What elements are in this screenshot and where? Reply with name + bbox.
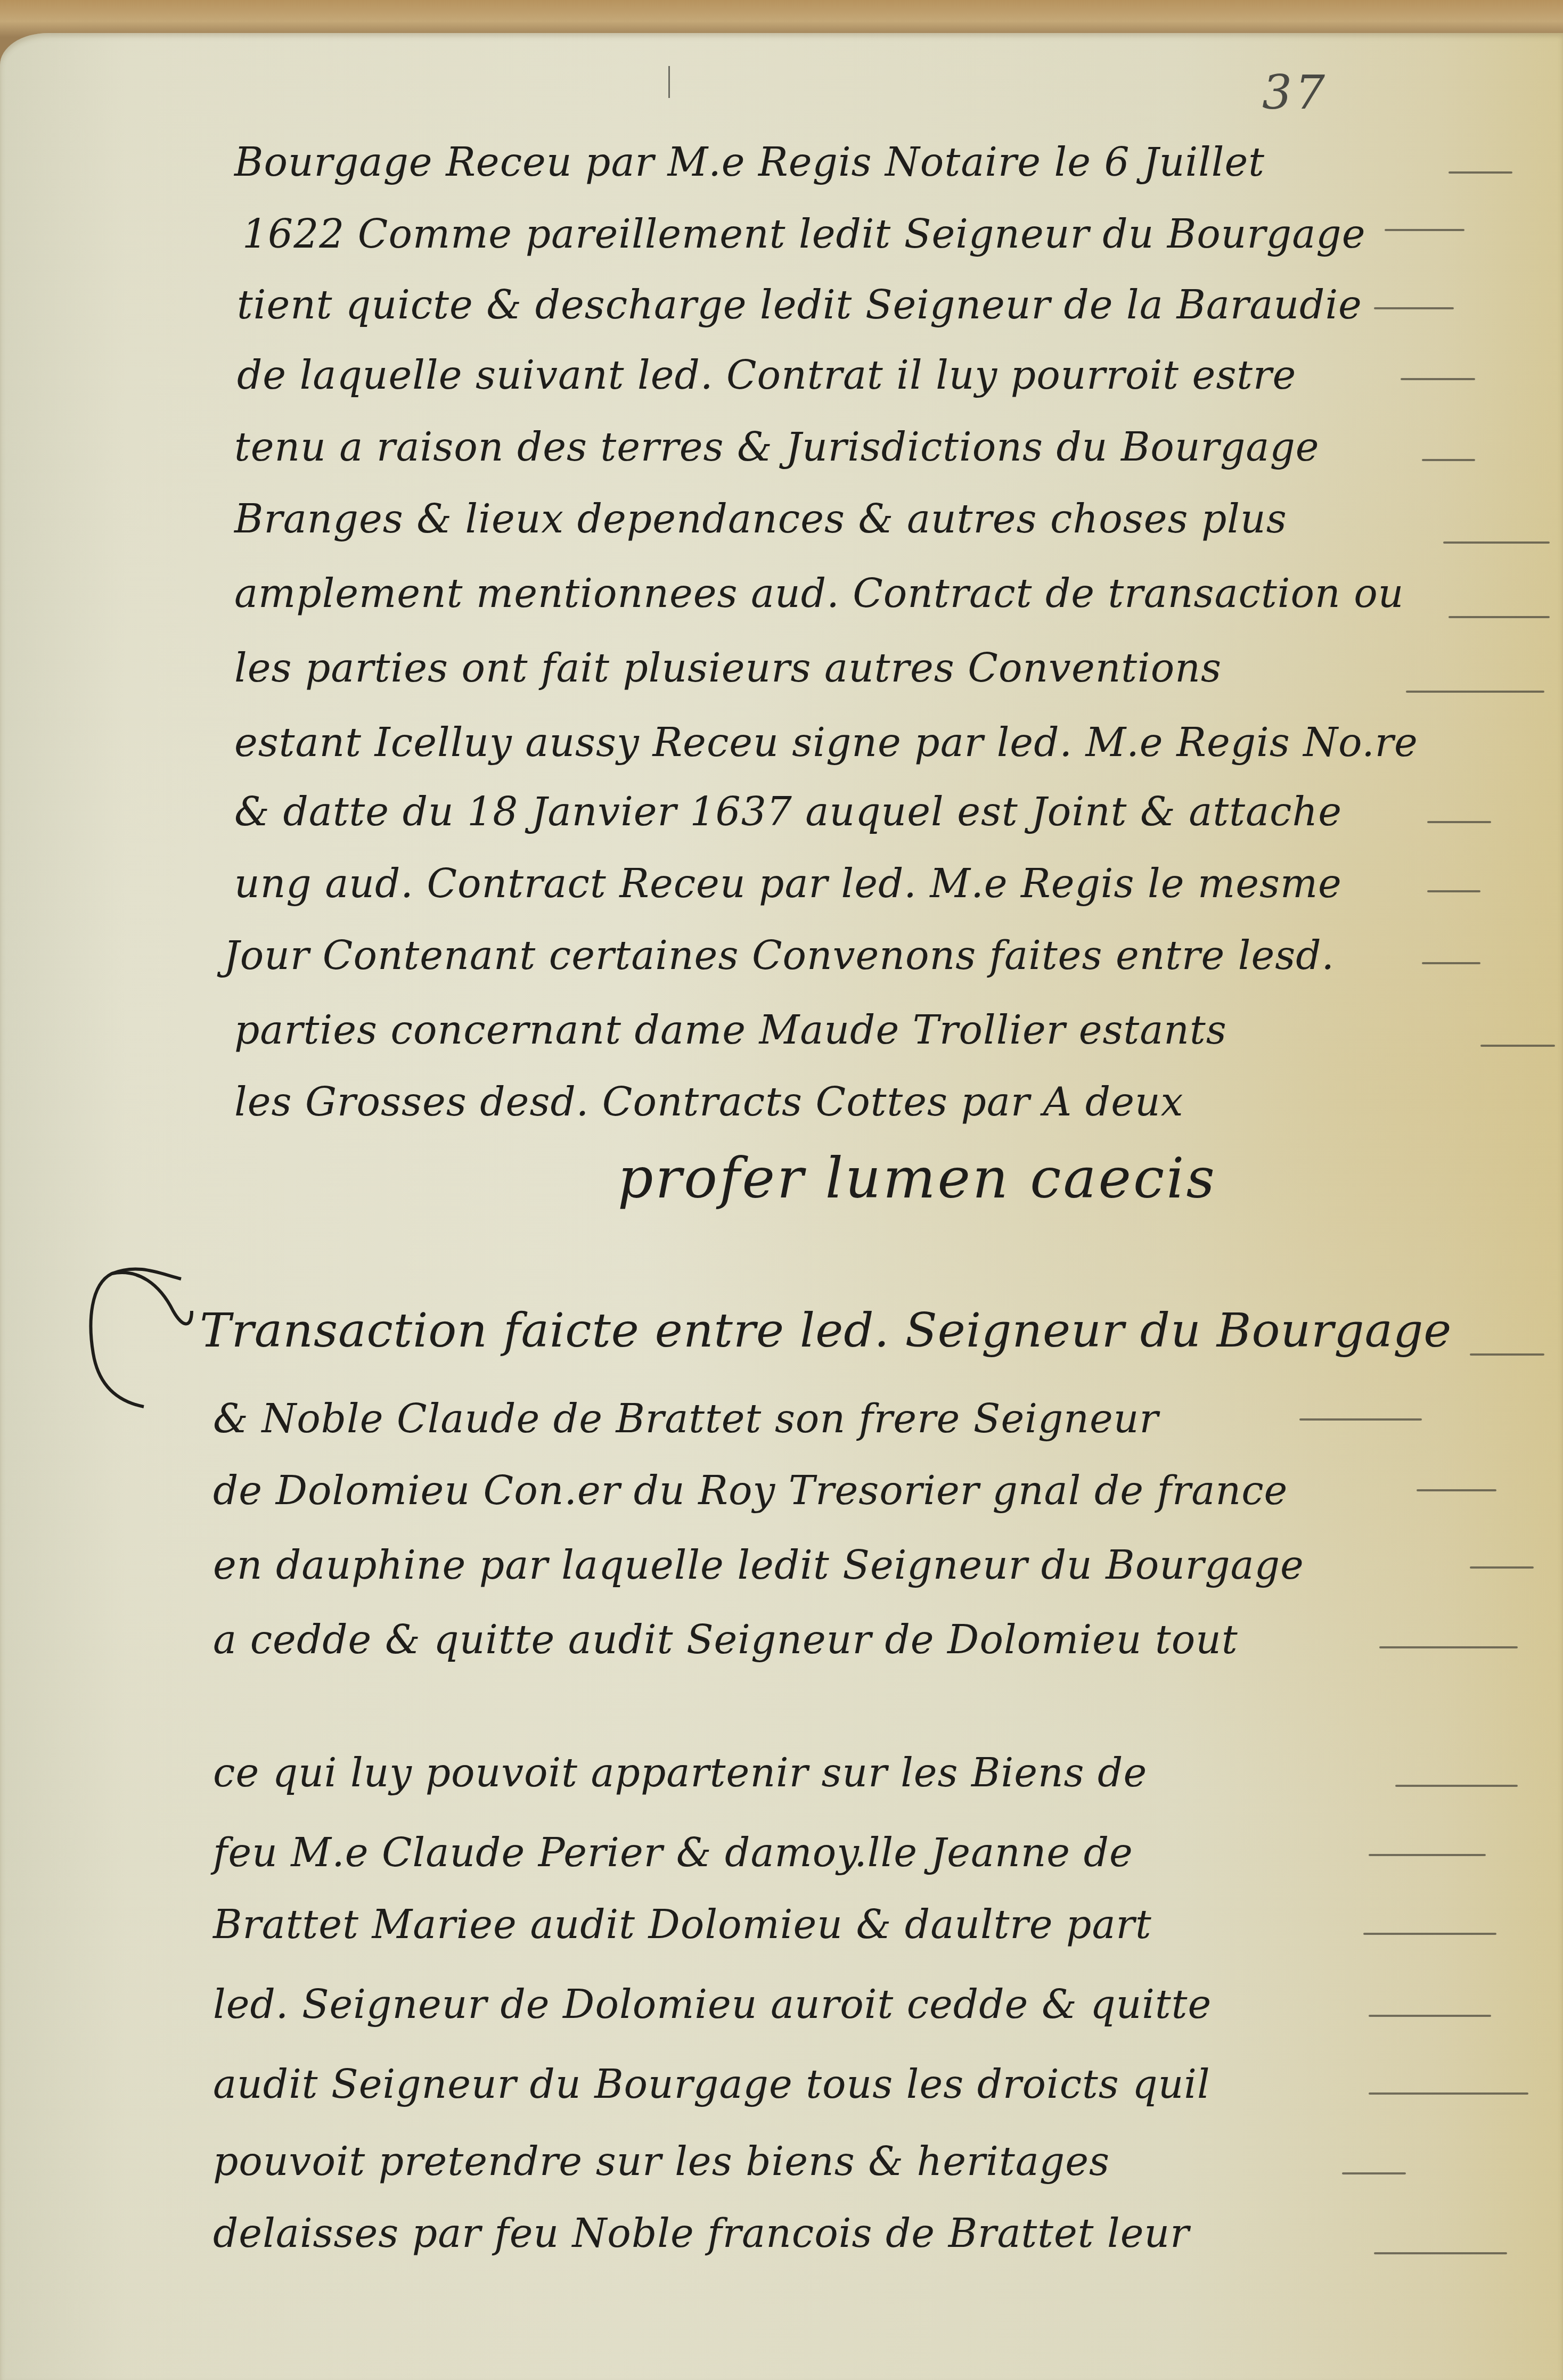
- section-heading: profer lumen caecis: [618, 1146, 1217, 1211]
- line-filler: [1422, 459, 1475, 461]
- text-line: de Dolomieu Con.er du Roy Tresorier gnal…: [213, 1468, 1288, 1514]
- line-filler: [1369, 2092, 1528, 2095]
- text-line: 1622 Comme pareillement ledit Seigneur d…: [242, 211, 1365, 257]
- line-filler: [1443, 541, 1550, 544]
- line-filler: [1363, 1933, 1496, 1935]
- text-line: tient quicte & descharge ledit Seigneur …: [237, 282, 1362, 328]
- text-line: audit Seigneur du Bourgage tous les droi…: [213, 2062, 1210, 2107]
- text-line: les Grosses desd. Contracts Cottes par A…: [234, 1079, 1183, 1125]
- line-filler: [1299, 1418, 1422, 1421]
- text-line: delaisses par feu Noble francois de Brat…: [213, 2211, 1190, 2256]
- text-line: amplement mentionnees aud. Contract de t…: [234, 571, 1404, 617]
- line-filler: [1470, 1353, 1544, 1356]
- line-filler: [1480, 1045, 1555, 1047]
- text-line: parties concernant dame Maude Trollier e…: [234, 1007, 1227, 1053]
- line-filler: [1369, 2015, 1491, 2017]
- line-filler: [1395, 1785, 1518, 1787]
- text-line: Branges & lieux dependances & autres cho…: [234, 496, 1287, 542]
- manuscript-page: 37 Bourgage Receu par M.e Regis Notaire …: [0, 33, 1563, 2380]
- text-line: de laquelle suivant led. Contrat il luy …: [237, 352, 1296, 398]
- text-line: Brattet Mariee audit Dolomieu & daultre …: [213, 1902, 1152, 1948]
- line-filler: [1406, 691, 1544, 693]
- text-line: & datte du 18 Janvier 1637 auquel est Jo…: [234, 789, 1342, 835]
- text-line: Bourgage Receu par M.e Regis Notaire le …: [234, 139, 1265, 185]
- line-filler: [1427, 821, 1491, 823]
- text-line: a cedde & quitte audit Seigneur de Dolom…: [213, 1617, 1238, 1663]
- line-filler: [1422, 962, 1480, 964]
- text-line: led. Seigneur de Dolomieu auroit cedde &…: [213, 1982, 1212, 2028]
- text-line: pouvoit pretendre sur les biens & herita…: [213, 2139, 1110, 2185]
- line-filler: [1470, 1566, 1534, 1569]
- line-filler: [1379, 1646, 1518, 1648]
- margin-tick: [668, 66, 670, 98]
- line-filler: [1427, 890, 1480, 892]
- text-line: feu M.e Claude Perier & damoy.lle Jeanne…: [213, 1830, 1133, 1876]
- text-line: les parties ont fait plusieurs autres Co…: [234, 645, 1222, 691]
- line-filler: [1449, 616, 1550, 618]
- line-filler: [1374, 2252, 1507, 2254]
- line-filler: [1401, 378, 1475, 380]
- text-line: tenu a raison des terres & Jurisdictions…: [234, 424, 1320, 470]
- text-line: ce qui luy pouvoit appartenir sur les Bi…: [213, 1750, 1147, 1796]
- text-line: & Noble Claude de Brattet son frere Seig…: [213, 1396, 1159, 1442]
- folio-number: 37: [1262, 65, 1328, 120]
- line-filler: [1374, 307, 1454, 309]
- text-line: Transaction faicte entre led. Seigneur d…: [200, 1303, 1452, 1358]
- line-filler: [1449, 171, 1512, 174]
- text-line: ung aud. Contract Receu par led. M.e Reg…: [234, 861, 1342, 907]
- line-filler: [1369, 1854, 1486, 1856]
- line-filler: [1342, 2172, 1406, 2174]
- line-filler: [1417, 1489, 1496, 1491]
- text-line: Jour Contenant certaines Convenons faite…: [224, 933, 1335, 979]
- text-line: estant Icelluy aussy Receu signe par led…: [234, 720, 1418, 766]
- text-line: en dauphine par laquelle ledit Seigneur …: [213, 1542, 1304, 1588]
- line-filler: [1385, 229, 1464, 231]
